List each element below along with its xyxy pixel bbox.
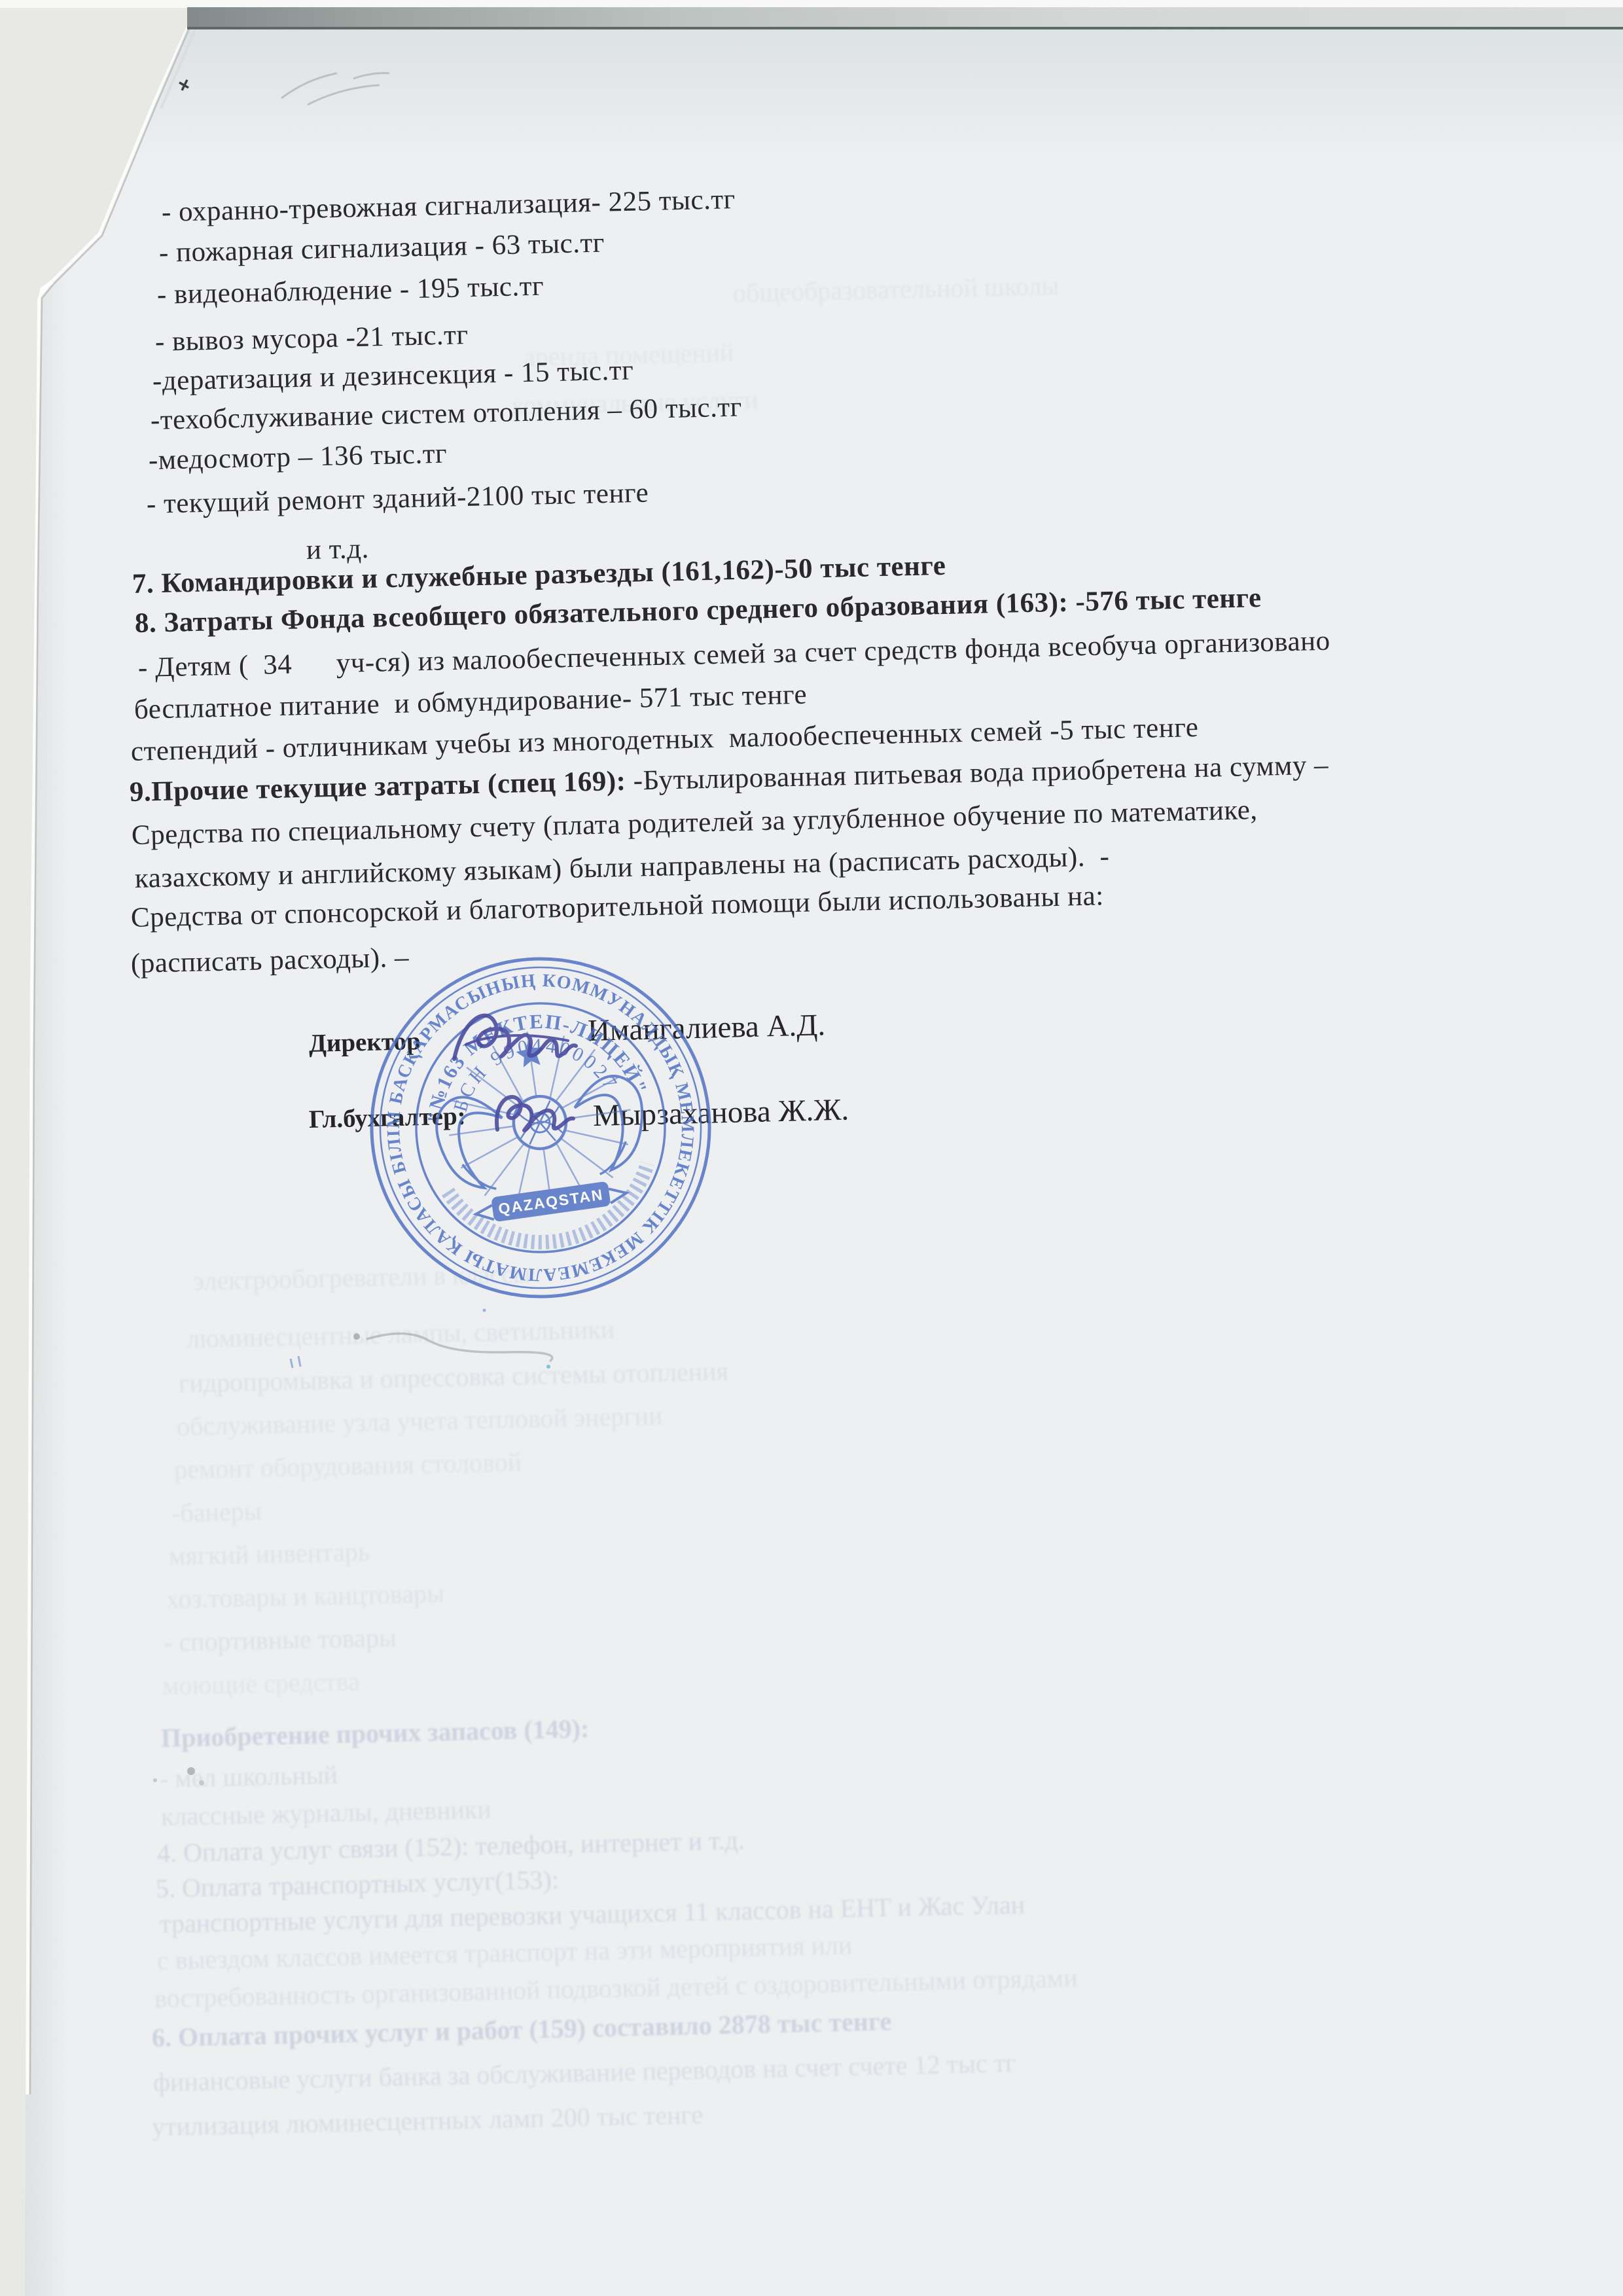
scanned-document: { "document_type": "Смета расходов (отче…: [0, 0, 1623, 2296]
page-edge-highlight: [26, 7, 194, 2094]
graphite-smudge-3: [153, 1778, 157, 1782]
stamp-outer-inner-circle: [359, 946, 721, 1308]
stamp-ring-text-path: АЛМАТЫ ҚАЛАСЫ БІЛІМ БАСҚАРМАСЫНЫҢ КОММУН…: [0, 0, 718, 1360]
paper-sheet: - охранно-тревожная сигнализация- 225 ты…: [0, 0, 1623, 2296]
scan-marks: [134, 73, 552, 1785]
pencil-scratches-top: [134, 73, 389, 105]
staple-mark: [179, 80, 188, 90]
blue-speck-1: [546, 1365, 550, 1369]
graphite-smudge-1: [187, 1767, 195, 1775]
blue-speck-2: [483, 1309, 486, 1312]
blue-pen-ticks: [291, 1356, 300, 1368]
pencil-scratch-middle: [366, 1333, 552, 1361]
graphite-smudge-2: [199, 1780, 204, 1785]
pencil-blob: [353, 1333, 360, 1340]
stamp-outer-circle: [350, 937, 732, 1319]
page-stack-edge-band: [187, 7, 1623, 29]
stamp-and-signatures-layer: АЛМАТЫ ҚАЛАСЫ БІЛІМ БАСҚАРМАСЫНЫҢ КОММУН…: [0, 0, 1623, 2296]
page-edge-shadow: [30, 9, 198, 2094]
stamp-ring-text: АЛМАТЫ ҚАЛАСЫ БІЛІМ БАСҚАРМАСЫНЫҢ КОММУН…: [0, 0, 718, 1360]
